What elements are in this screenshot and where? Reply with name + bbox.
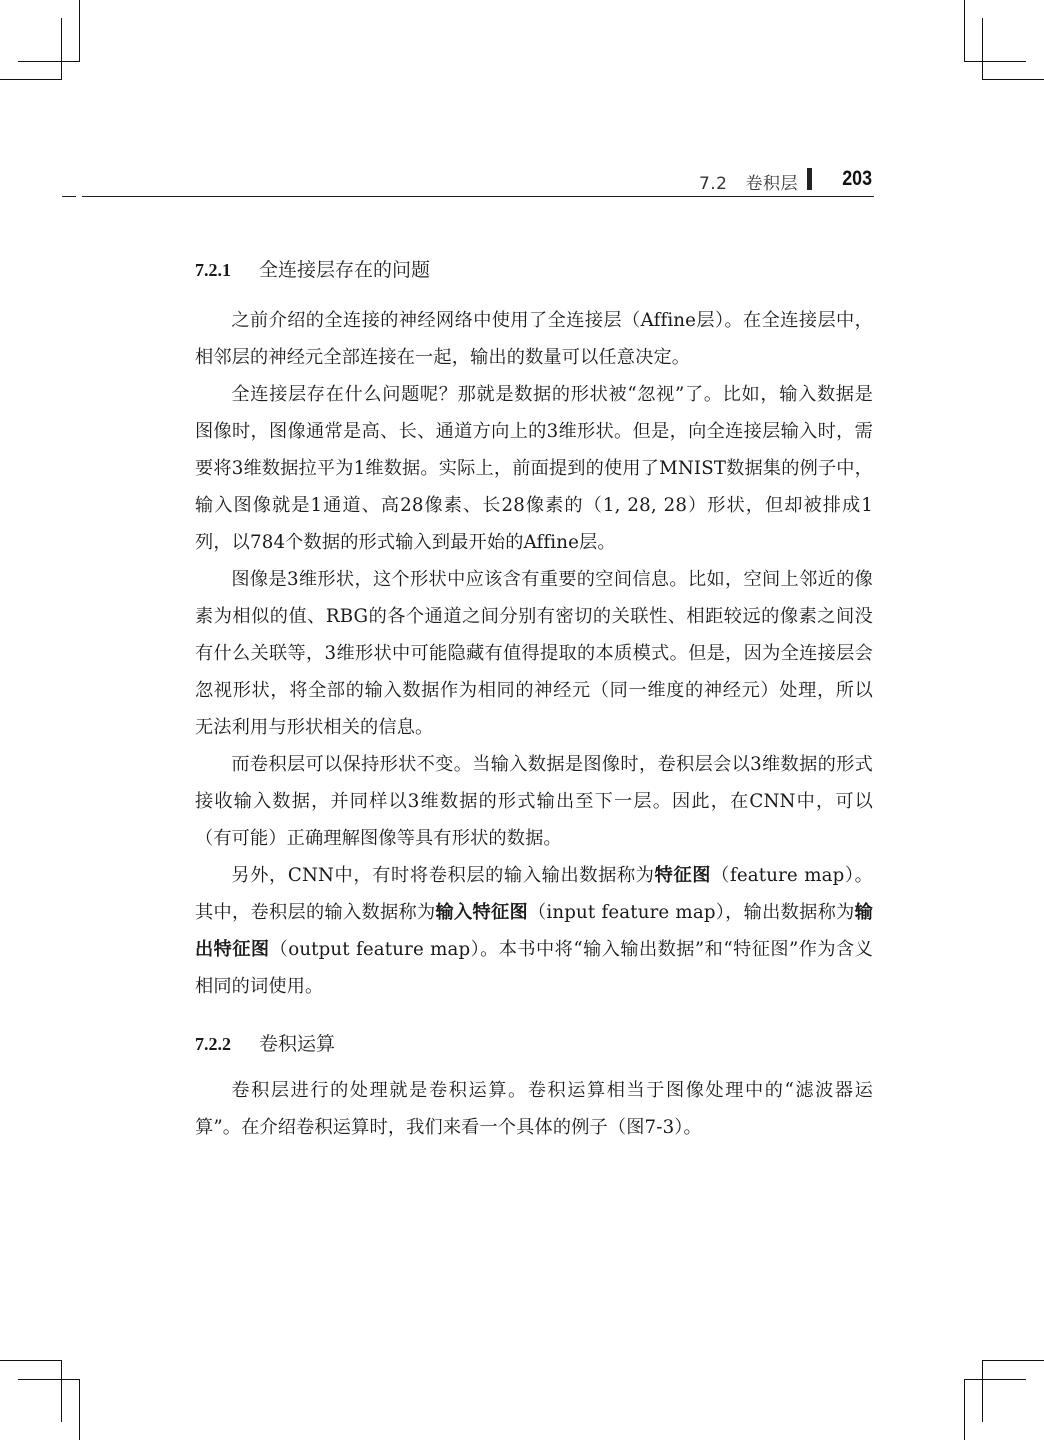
section-heading-7-2-2: 7.2.2卷积运算 [195, 1026, 873, 1062]
crop-mark [964, 61, 1026, 62]
page-content: 7.2.1全连接层存在的问题 之前介绍的全连接的神经网络中使用了全连接层（Aff… [195, 252, 873, 1146]
text-run: （output feature map）。本书中将“输入输出数据”和“特征图”作… [195, 939, 873, 997]
running-head: 7.2卷积层 203 [62, 165, 874, 197]
crop-mark [0, 79, 62, 80]
paragraph-feature-map: 另外，CNN中，有时将卷积层的输入输出数据称为特征图（feature map）。… [195, 857, 873, 1005]
section-heading-7-2-1: 7.2.1全连接层存在的问题 [195, 252, 873, 288]
crop-mark [982, 18, 983, 80]
section-number: 7.2 [699, 174, 728, 194]
header-rule-dash [62, 196, 76, 197]
crop-mark [18, 1379, 80, 1380]
crop-mark [18, 61, 80, 62]
crop-mark [982, 1360, 1044, 1361]
crop-mark [0, 1360, 62, 1361]
paragraph: 而卷积层可以保持形状不变。当输入数据是图像时，卷积层会以3维数据的形式接收输入数… [195, 746, 873, 857]
paragraph: 图像是3维形状，这个形状中应该含有重要的空间信息。比如，空间上邻近的像素为相似的… [195, 561, 873, 746]
crop-mark [964, 1379, 965, 1440]
paragraph: 卷积层进行的处理就是卷积运算。卷积运算相当于图像处理中的“滤波器运算”。在介绍卷… [195, 1072, 873, 1146]
text-run: 另外，CNN中，有时将卷积层的输入输出数据称为 [231, 865, 654, 886]
running-head-section: 7.2卷积层 [699, 169, 798, 194]
paragraph: 之前介绍的全连接的神经网络中使用了全连接层（Affine层）。在全连接层中，相邻… [195, 302, 873, 376]
running-head-bar [807, 168, 812, 190]
term-input-feature-map: 输入特征图 [435, 902, 527, 923]
crop-mark [61, 18, 62, 80]
section-title: 卷积层 [746, 174, 799, 194]
crop-mark [61, 1360, 62, 1422]
paragraph: 全连接层存在什么问题呢？那就是数据的形状被“忽视”了。比如，输入数据是图像时，图… [195, 376, 873, 561]
crop-mark [982, 79, 1044, 80]
crop-mark [982, 1360, 983, 1422]
crop-mark [964, 0, 965, 61]
heading-title: 卷积运算 [259, 1033, 335, 1055]
crop-mark [79, 0, 80, 61]
text-run: （input feature map），输出数据称为 [528, 902, 855, 923]
crop-mark [79, 1379, 80, 1440]
crop-mark [964, 1379, 1026, 1380]
heading-number: 7.2.1 [195, 252, 259, 288]
page-number: 203 [842, 167, 872, 191]
header-rule [82, 196, 874, 197]
heading-number: 7.2.2 [195, 1026, 259, 1062]
heading-title: 全连接层存在的问题 [259, 259, 430, 281]
term-feature-map: 特征图 [655, 865, 711, 886]
